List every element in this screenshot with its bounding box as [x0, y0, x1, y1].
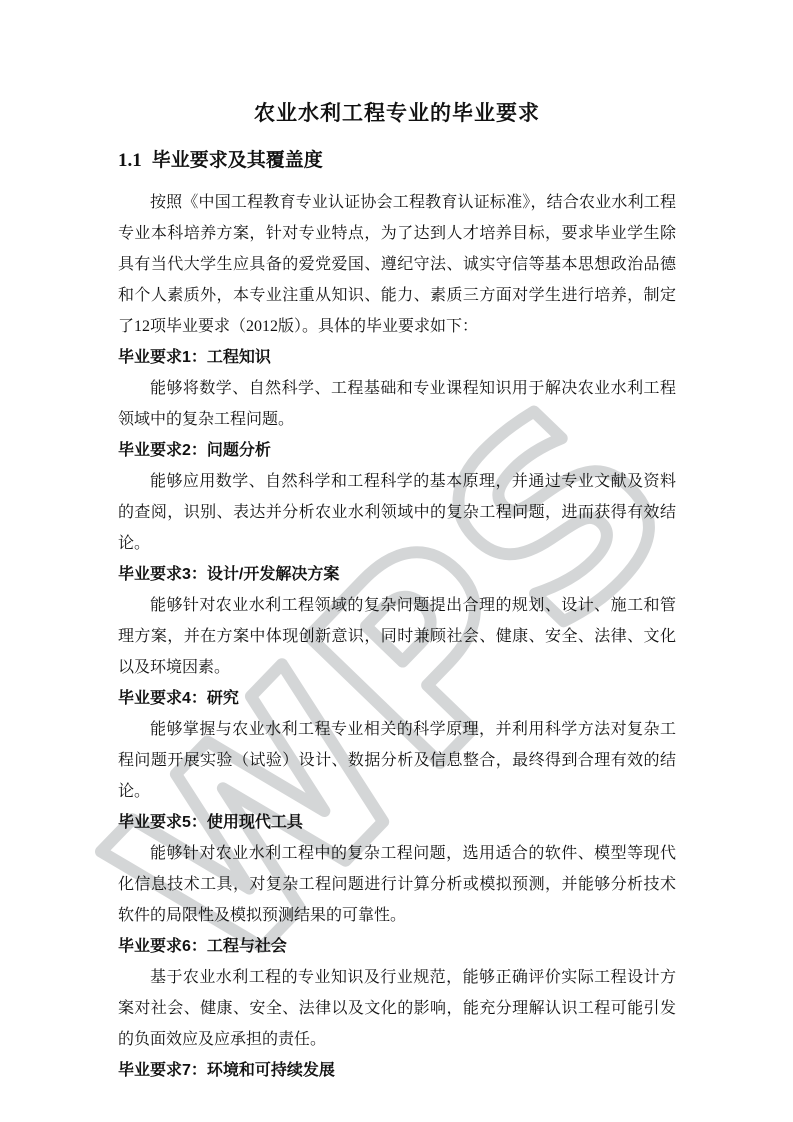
requirement-2-heading: 毕业要求2：问题分析 — [118, 435, 676, 466]
intro-paragraph: 按照《中国工程教育专业认证协会工程教育认证标准》，结合农业水利工程专业本科培养方… — [118, 187, 676, 342]
requirement-2: 毕业要求2：问题分析 能够应用数学、自然科学和工程科学的基本原理，并通过专业文献… — [118, 435, 676, 559]
requirement-6-body: 基于农业水利工程的专业知识及行业规范，能够正确评价实际工程设计方案对社会、健康、… — [118, 962, 676, 1055]
requirement-5: 毕业要求5：使用现代工具 能够针对农业水利工程中的复杂工程问题，选用适合的软件、… — [118, 807, 676, 931]
section-number: 1.1 — [118, 150, 142, 171]
requirement-3: 毕业要求3：设计/开发解决方案 能够针对农业水利工程领域的复杂问题提出合理的规划… — [118, 559, 676, 683]
section-heading: 1.1毕业要求及其覆盖度 — [118, 147, 676, 174]
requirement-6-heading: 毕业要求6：工程与社会 — [118, 931, 676, 962]
document-page: WPS 农业水利工程专业的毕业要求 1.1毕业要求及其覆盖度 按照《中国工程教育… — [0, 0, 793, 1122]
requirement-4-heading: 毕业要求4：研究 — [118, 683, 676, 714]
requirement-5-heading: 毕业要求5：使用现代工具 — [118, 807, 676, 838]
requirement-1: 毕业要求1：工程知识 能够将数学、自然科学、工程基础和专业课程知识用于解决农业水… — [118, 342, 676, 435]
requirement-4-body: 能够掌握与农业水利工程专业相关的科学原理，并利用科学方法对复杂工程问题开展实验（… — [118, 714, 676, 807]
requirement-4: 毕业要求4：研究 能够掌握与农业水利工程专业相关的科学原理，并利用科学方法对复杂… — [118, 683, 676, 807]
requirement-7: 毕业要求7：环境和可持续发展 — [118, 1055, 676, 1086]
document-content: 农业水利工程专业的毕业要求 1.1毕业要求及其覆盖度 按照《中国工程教育专业认证… — [0, 0, 793, 1122]
requirement-3-body: 能够针对农业水利工程领域的复杂问题提出合理的规划、设计、施工和管理方案，并在方案… — [118, 590, 676, 683]
requirement-2-body: 能够应用数学、自然科学和工程科学的基本原理，并通过专业文献及资料的查阅，识别、表… — [118, 466, 676, 559]
requirement-1-heading: 毕业要求1：工程知识 — [118, 342, 676, 373]
requirement-5-body: 能够针对农业水利工程中的复杂工程问题，选用适合的软件、模型等现代化信息技术工具，… — [118, 838, 676, 931]
requirement-3-heading: 毕业要求3：设计/开发解决方案 — [118, 559, 676, 590]
document-title: 农业水利工程专业的毕业要求 — [118, 100, 676, 127]
requirement-1-body: 能够将数学、自然科学、工程基础和专业课程知识用于解决农业水利工程领域中的复杂工程… — [118, 373, 676, 435]
requirement-6: 毕业要求6：工程与社会 基于农业水利工程的专业知识及行业规范，能够正确评价实际工… — [118, 931, 676, 1055]
requirement-7-heading: 毕业要求7：环境和可持续发展 — [118, 1055, 676, 1086]
section-title: 毕业要求及其覆盖度 — [152, 150, 323, 171]
